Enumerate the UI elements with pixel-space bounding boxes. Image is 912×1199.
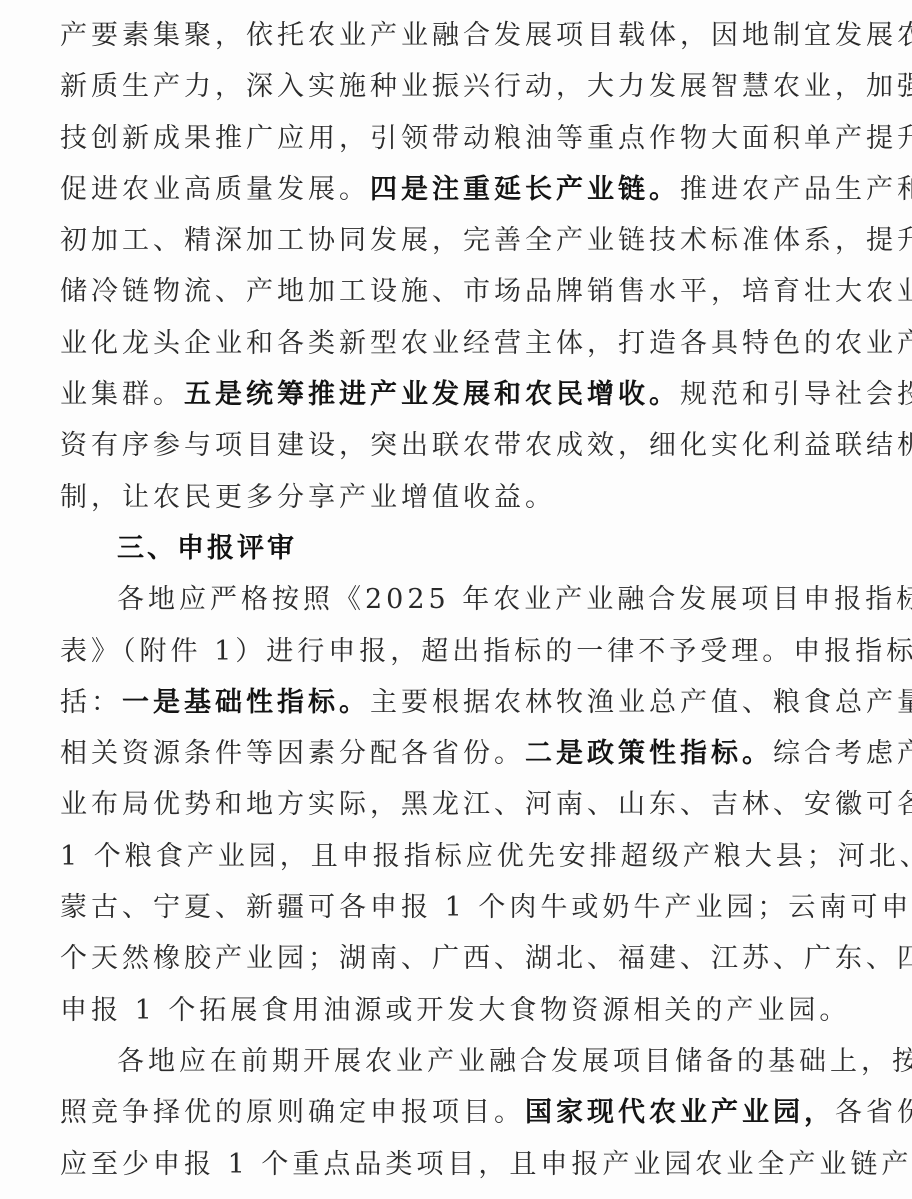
text-line: 申报 1 个拓展食用油源或开发大食物资源相关的产业园。	[60, 985, 857, 1036]
text-segment: 个天然橡胶产业园；湖南、广西、湖北、福建、江苏、广东、四川可各	[60, 943, 912, 974]
text-segment: 各地应严格按照《2025 年农业产业融合发展项目申报指标	[117, 584, 912, 615]
section-heading-text: 三、申报评审	[117, 533, 297, 564]
text-segment: 制，让农民更多分享产业增值收益。	[60, 482, 556, 513]
text-segment: 业布局优势和地方实际，黑龙江、河南、山东、吉林、安徽可各申报	[60, 789, 912, 820]
text-segment: 储冷链物流、产地加工设施、市场品牌销售水平，培育壮大农业产	[60, 276, 912, 307]
text-line: 促进农业高质量发展。四是注重延长产业链。推进农产品生产和	[60, 164, 857, 215]
text-line: 制，让农民更多分享产业增值收益。	[60, 472, 857, 523]
text-line: 业集群。五是统筹推进产业发展和农民增收。规范和引导社会投	[60, 369, 857, 420]
text-line: 业布局优势和地方实际，黑龙江、河南、山东、吉林、安徽可各申报	[60, 779, 857, 830]
text-segment: 资有序参与项目建设，突出联农带农成效，细化实化利益联结机	[60, 430, 912, 461]
emphasis-national-park: 国家现代农业产业园，	[525, 1097, 835, 1128]
text-segment: 产要素集聚，依托农业产业融合发展项目载体，因地制宜发展农业	[60, 20, 912, 51]
text-line: 相关资源条件等因素分配各省份。二是政策性指标。综合考虑产	[60, 728, 857, 779]
text-segment: 表》（附件 1）进行申报，超出指标的一律不予受理。申报指标包	[60, 636, 912, 667]
text-segment: 各省份	[835, 1097, 912, 1128]
text-line: 各地应在前期开展农业产业融合发展项目储备的基础上，按	[60, 1036, 857, 1087]
text-segment: 初加工、精深加工协同发展，完善全产业链技术标准体系，提升仓	[60, 225, 912, 256]
text-segment: 规范和引导社会投	[680, 379, 912, 410]
text-segment: 照竞争择优的原则确定申报项目。	[60, 1097, 525, 1128]
text-segment: 促进农业高质量发展。	[60, 174, 370, 205]
text-segment: 业集群。	[60, 379, 184, 410]
emphasis-basic-indicator: 一是基础性指标。	[122, 687, 370, 718]
text-line: 照竞争择优的原则确定申报项目。国家现代农业产业园，各省份	[60, 1087, 857, 1138]
text-segment: 推进农产品生产和	[680, 174, 912, 205]
document-body: 产要素集聚，依托农业产业融合发展项目载体，因地制宜发展农业 新质生产力，深入实施…	[60, 10, 857, 1190]
text-segment: 括：	[60, 687, 122, 718]
text-line: 资有序参与项目建设，突出联农带农成效，细化实化利益联结机	[60, 420, 857, 471]
emphasis-point-four: 四是注重延长产业链。	[370, 174, 680, 205]
emphasis-point-five: 五是统筹推进产业发展和农民增收。	[184, 379, 680, 410]
text-line: 技创新成果推广应用，引领带动粮油等重点作物大面积单产提升，	[60, 113, 857, 164]
text-line: 蒙古、宁夏、新疆可各申报 1 个肉牛或奶牛产业园；云南可申报 1	[60, 882, 857, 933]
text-segment: 技创新成果推广应用，引领带动粮油等重点作物大面积单产提升，	[60, 123, 912, 154]
text-segment: 1 个粮食产业园，且申报指标应优先安排超级产粮大县；河北、内	[60, 841, 912, 872]
text-segment: 综合考虑产	[773, 738, 912, 769]
emphasis-policy-indicator: 二是政策性指标。	[525, 738, 773, 769]
text-line: 括：一是基础性指标。主要根据农林牧渔业总产值、粮食总产量及	[60, 677, 857, 728]
text-line: 1 个粮食产业园，且申报指标应优先安排超级产粮大县；河北、内	[60, 831, 857, 882]
document-page: 产要素集聚，依托农业产业融合发展项目载体，因地制宜发展农业 新质生产力，深入实施…	[0, 0, 912, 1199]
section-heading: 三、申报评审	[60, 523, 857, 574]
text-segment: 申报 1 个拓展食用油源或开发大食物资源相关的产业园。	[60, 995, 850, 1026]
text-segment: 新质生产力，深入实施种业振兴行动，大力发展智慧农业，加强科	[60, 71, 912, 102]
text-segment: 应至少申报 1 个重点品类项目，且申报产业园农业全产业链产值	[60, 1149, 912, 1180]
text-line: 表》（附件 1）进行申报，超出指标的一律不予受理。申报指标包	[60, 626, 857, 677]
text-line: 各地应严格按照《2025 年农业产业融合发展项目申报指标	[60, 574, 857, 625]
text-line: 业化龙头企业和各类新型农业经营主体，打造各具特色的农业产	[60, 318, 857, 369]
text-line: 产要素集聚，依托农业产业融合发展项目载体，因地制宜发展农业	[60, 10, 857, 61]
text-segment: 业化龙头企业和各类新型农业经营主体，打造各具特色的农业产	[60, 328, 912, 359]
text-segment: 各地应在前期开展农业产业融合发展项目储备的基础上，按	[117, 1046, 912, 1077]
text-line: 初加工、精深加工协同发展，完善全产业链技术标准体系，提升仓	[60, 215, 857, 266]
text-segment: 主要根据农林牧渔业总产值、粮食总产量及	[370, 687, 912, 718]
text-segment: 蒙古、宁夏、新疆可各申报 1 个肉牛或奶牛产业园；云南可申报 1	[60, 892, 912, 923]
text-line: 应至少申报 1 个重点品类项目，且申报产业园农业全产业链产值	[60, 1139, 857, 1190]
text-line: 个天然橡胶产业园；湖南、广西、湖北、福建、江苏、广东、四川可各	[60, 933, 857, 984]
text-segment: 相关资源条件等因素分配各省份。	[60, 738, 525, 769]
text-line: 储冷链物流、产地加工设施、市场品牌销售水平，培育壮大农业产	[60, 266, 857, 317]
text-line: 新质生产力，深入实施种业振兴行动，大力发展智慧农业，加强科	[60, 61, 857, 112]
